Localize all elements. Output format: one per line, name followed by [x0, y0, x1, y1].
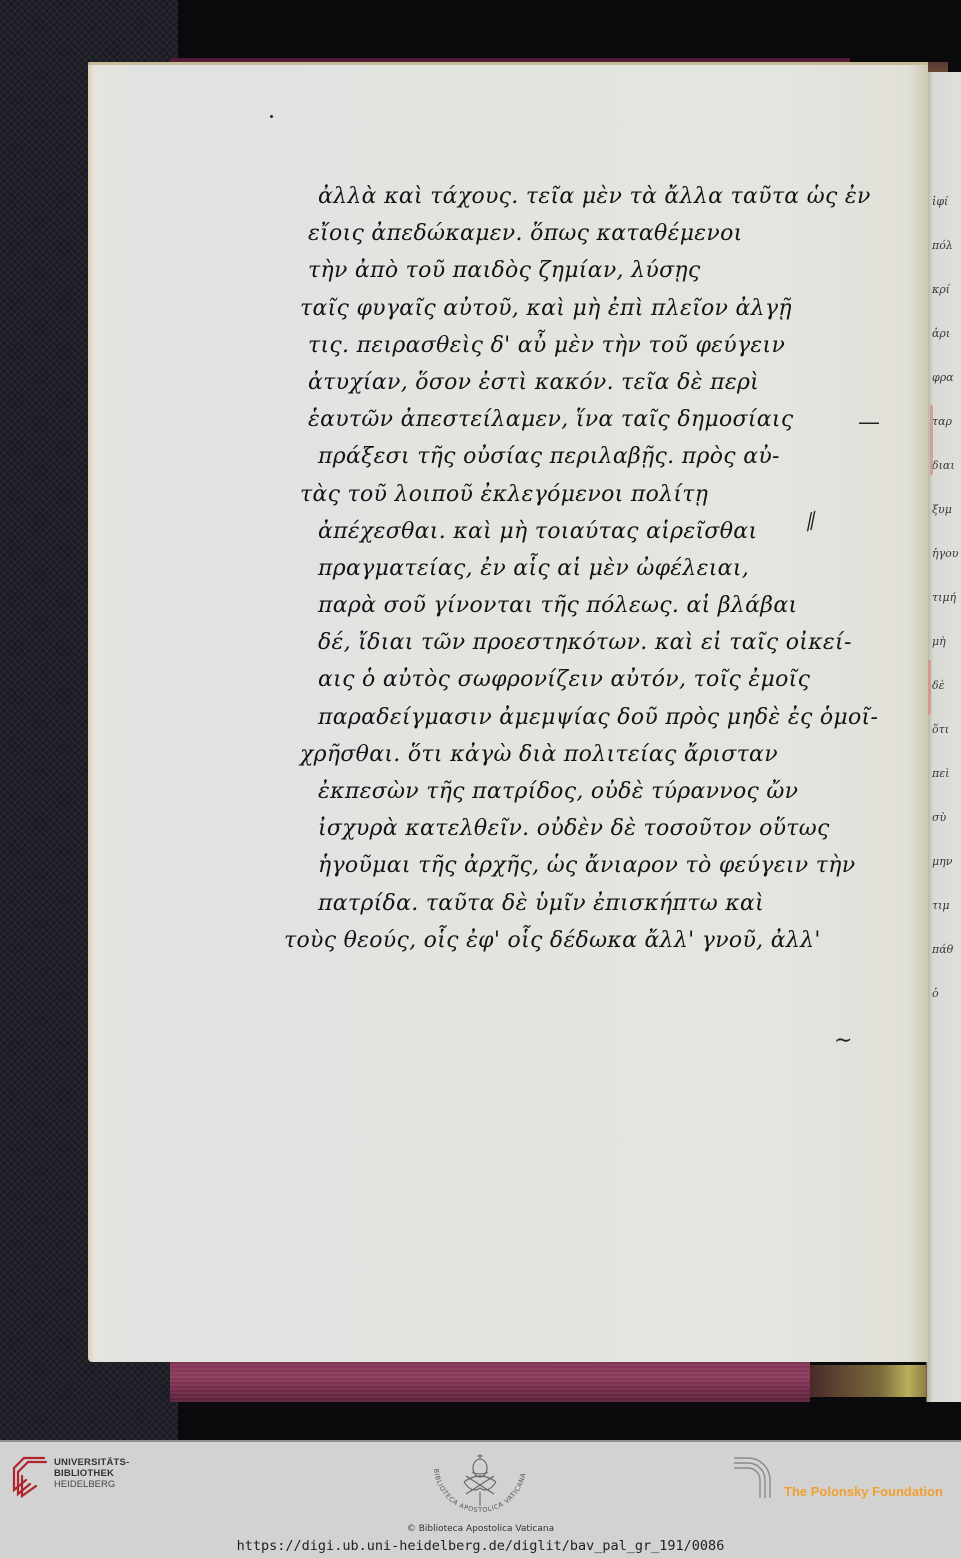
manuscript-line: ἀλλὰ καὶ τάχους. τεῖα μὲν τὰ ἄλλα ταῦτα …: [300, 178, 860, 215]
vatican-credit: © Biblioteca Apostolica Vaticana: [0, 1524, 961, 1534]
ub-heidelberg-wordmark[interactable]: UNIVERSITÄTS- BIBLIOTHEK HEIDELBERG: [54, 1457, 129, 1490]
facing-fragment: διαι: [932, 444, 961, 488]
ub-line-2: BIBLIOTHEK: [54, 1468, 129, 1479]
manuscript-line: τοὺς θεούς, οἷς ἐφ' οἷς δέδωκα ἄλλ' γνοῦ…: [284, 922, 860, 959]
manuscript-line: χρῆσθαι. ὅτι κἀγὼ διὰ πολιτείας ἄρισταν: [300, 736, 860, 773]
manuscript-line: ἰσχυρὰ κατελθεῖν. οὐδὲν δὲ τοσοῦτον οὕτω…: [300, 810, 860, 847]
manuscript-line: δέ, ἴδιαι τῶν προεστηκότων. καὶ εἰ ταῖς …: [300, 624, 860, 661]
rubric-mark: [930, 405, 933, 475]
manuscript-line: πράξεσι τῆς οὐσίας περιλαβῇς. πρὸς αὐ-: [300, 438, 860, 475]
facing-fragment: ἰφί: [932, 180, 961, 224]
manuscript-line: τὴν ἀπὸ τοῦ παιδὸς ζημίαν, λύσῃς: [300, 252, 860, 289]
polonsky-arcs-icon[interactable]: [732, 1454, 780, 1498]
ub-heidelberg-logo-icon[interactable]: [10, 1454, 50, 1498]
ub-line-3: HEIDELBERG: [54, 1479, 129, 1490]
facing-fragment: δὲ: [932, 664, 961, 708]
facing-fragment: πεὶ: [932, 752, 961, 796]
facing-page-text: ἰφί πόλ κρί ἀρι φρα ταρ διαι ξυμ ἡγου τι…: [932, 180, 961, 1016]
manuscript-line: πραγματείας, ἐν αἷς αἱ μὲν ὠφέλειαι,: [300, 550, 860, 587]
ink-speck: [270, 115, 273, 118]
manuscript-line: ἀπέχεσθαι. καὶ μὴ τοιαύτας αἱρεῖσθαι: [300, 513, 860, 550]
facing-fragment: ἀρι: [932, 312, 961, 356]
facing-fragment: ξυμ: [932, 488, 961, 532]
manuscript-line: ταῖς φυγαῖς αὐτοῦ, καὶ μὴ ἐπὶ πλεῖον ἀλγ…: [300, 290, 860, 327]
manuscript-line: ἐκπεσὼν τῆς πατρίδος, οὐδὲ τύραννος ὤν: [300, 773, 860, 810]
manuscript-line: εἴοις ἀπεδώκαμεν. ὅπως καταθέμενοι: [300, 215, 860, 252]
footer: UNIVERSITÄTS- BIBLIOTHEK HEIDELBERG BIBL…: [0, 1440, 961, 1558]
facing-fragment: ὁ: [932, 972, 961, 1016]
manuscript-text-block: ἀλλὰ καὶ τάχους. τεῖα μὲν τὰ ἄλλα ταῦτα …: [300, 178, 860, 959]
facing-fragment: μην: [932, 840, 961, 884]
ub-line-1: UNIVERSITÄTS-: [54, 1457, 129, 1468]
facing-fragment: τιμ: [932, 884, 961, 928]
manuscript-viewer: ἰφί πόλ κρί ἀρι φρα ταρ διαι ξυμ ἡγου τι…: [0, 0, 961, 1440]
manuscript-line: τὰς τοῦ λοιποῦ ἐκλεγόμενοι πολίτῃ: [300, 476, 860, 513]
facing-fragment: σὺ: [932, 796, 961, 840]
manuscript-line: αις ὁ αὐτὸς σωφρονίζειν αὐτόν, τοῖς ἐμοῖ…: [300, 661, 860, 698]
manuscript-line: τις. πειρασθεὶς δ' αὖ μὲν τὴν τοῦ φεύγει…: [300, 327, 860, 364]
margin-tilde-mark: ∼: [834, 1028, 852, 1053]
facing-fragment: πόλ: [932, 224, 961, 268]
facing-fragment: φρα: [932, 356, 961, 400]
manuscript-line: παραδείγμασιν ἀμεμψίας δοῦ πρὸς μηδὲ ἐς …: [300, 699, 860, 736]
facing-fragment: τιμή: [932, 576, 961, 620]
manuscript-line: ἡγοῦμαι τῆς ἀρχῆς, ὡς ἄνιαρον τὸ φεύγειν…: [300, 847, 860, 884]
papal-coat-of-arms-icon[interactable]: BIBLIOTECA APOSTOLICA VATICANA: [420, 1448, 540, 1528]
facing-fragment: μὴ: [932, 620, 961, 664]
facing-fragment: ἡγου: [932, 532, 961, 576]
facing-fragment: πάθ: [932, 928, 961, 972]
manuscript-line: ἑαυτῶν ἀπεστείλαμεν, ἵνα ταῖς δημοσίαις: [300, 401, 860, 438]
rubric-mark: [928, 660, 931, 715]
margin-dash-mark: —: [858, 410, 880, 435]
manuscript-line: ἀτυχίαν, ὅσον ἐστὶ κακόν. τεῖα δὲ περὶ: [300, 364, 860, 401]
svg-text:BIBLIOTECA APOSTOLICA VATICANA: BIBLIOTECA APOSTOLICA VATICANA: [432, 1468, 527, 1514]
polonsky-foundation-link[interactable]: The Polonsky Foundation: [784, 1484, 943, 1499]
facing-fragment: κρί: [932, 268, 961, 312]
manuscript-line: πατρίδα. ταῦτα δὲ ὑμῖν ἐπισκήπτω καὶ: [300, 885, 860, 922]
facing-fragment: ὅτι: [932, 708, 961, 752]
manuscript-line: παρὰ σοῦ γίνονται τῆς πόλεως. αἱ βλάβαι: [300, 587, 860, 624]
permalink-url[interactable]: https://digi.ub.uni-heidelberg.de/diglit…: [0, 1538, 961, 1554]
facing-fragment: ταρ: [932, 400, 961, 444]
